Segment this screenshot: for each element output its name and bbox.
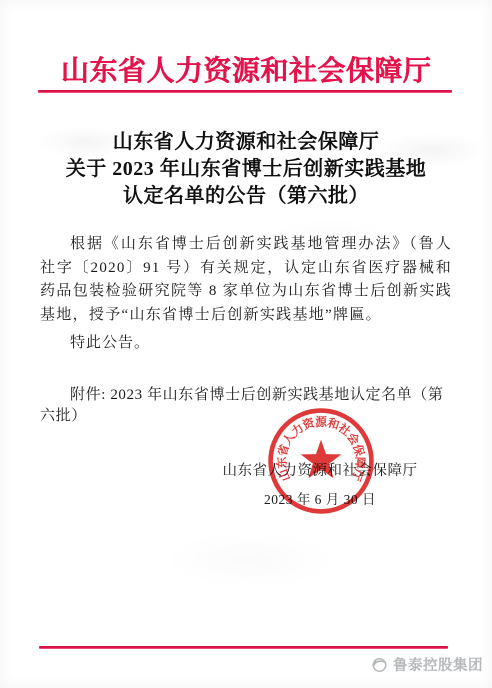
document-body: 根据《山东省博士后创新实践基地管理办法》（鲁人社字〔2020〕91 号）有关规定… [40, 233, 452, 356]
footer-divider [39, 646, 448, 649]
document-title-line-2: 关于 2023 年山东省博士后创新实践基地 [0, 156, 492, 183]
letterhead-divider [38, 90, 452, 93]
letterhead-title: 山东省人力资源和社会保障厅 [0, 49, 492, 89]
body-paragraph-1: 根据《山东省博士后创新实践基地管理办法》（鲁人社字〔2020〕91 号）有关规定… [40, 233, 452, 327]
document-title-line-3: 认定名单的公告（第六批） [0, 183, 492, 210]
watermark: 鲁泰控股集团 [371, 654, 483, 675]
star-icon [301, 440, 342, 479]
official-seal: 山东省人力资源和社会保障厅 [266, 406, 376, 516]
watermark-logo-icon [371, 656, 388, 673]
document-title: 山东省人力资源和社会保障厅 关于 2023 年山东省博士后创新实践基地 认定名单… [0, 129, 492, 210]
document-page: 山东省人力资源和社会保障厅 山东省人力资源和社会保障厅 关于 2023 年山东省… [0, 0, 492, 688]
document-title-line-1: 山东省人力资源和社会保障厅 [0, 129, 492, 156]
attachment-line: 附件: 2023 年山东省博士后创新实践基地认定名单（第六批） [40, 383, 452, 425]
body-paragraph-2: 特此公告。 [40, 332, 452, 356]
watermark-label: 鲁泰控股集团 [393, 654, 483, 675]
